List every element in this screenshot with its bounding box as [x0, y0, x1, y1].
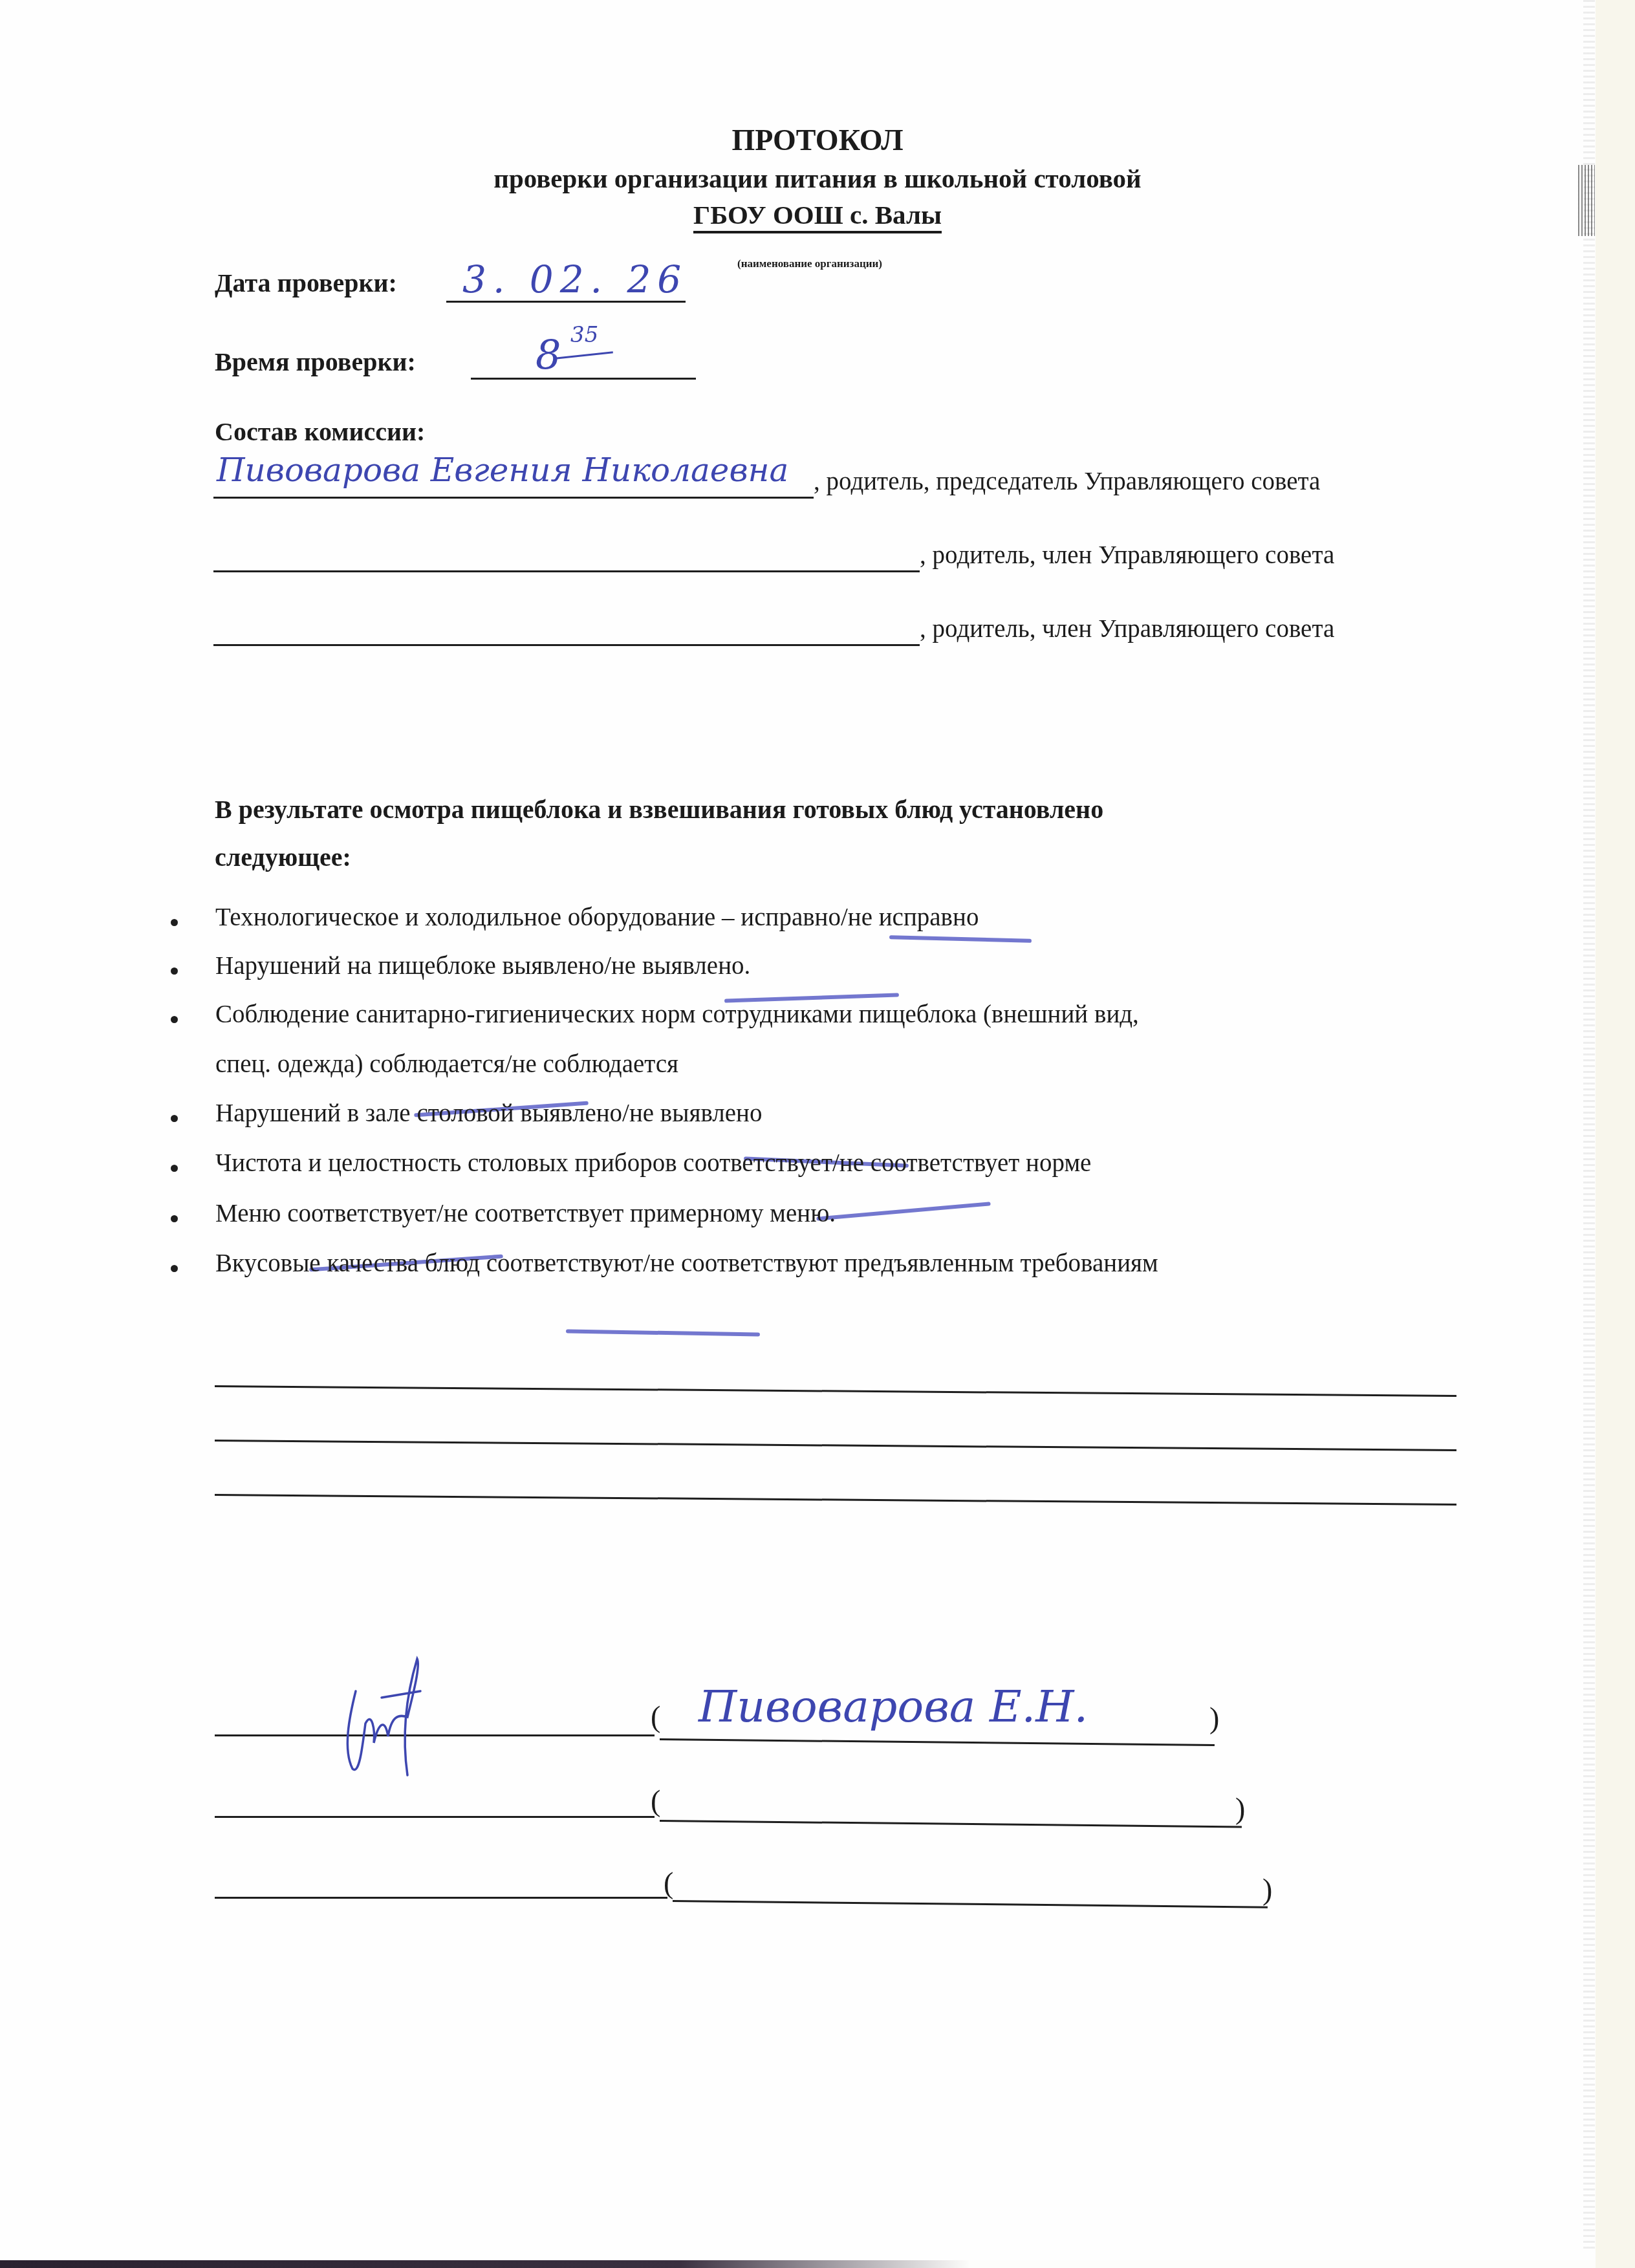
member-1-name-line	[213, 497, 814, 499]
organization-caption: (наименование организации)	[737, 257, 882, 270]
signature-2-line[interactable]	[215, 1816, 655, 1818]
document-page	[0, 0, 1596, 2260]
result-item-cutlery: Чистота и целостность столовых приборов …	[215, 1149, 1091, 1178]
signature-1-name[interactable]: Пивоварова Е.Н.	[698, 1681, 1088, 1733]
scan-edge-artifact	[1583, 0, 1595, 2251]
time-field-minutes[interactable]: 35	[570, 322, 598, 348]
bullet-icon	[171, 1215, 178, 1222]
signature-3-close-paren: )	[1262, 1872, 1272, 1906]
date-label: Дата проверки:	[215, 268, 397, 298]
document-subtitle: проверки организации питания в школьной …	[0, 163, 1635, 194]
result-item-kitchen-violations: Нарушений на пищеблоке выявлено/не выявл…	[215, 951, 750, 980]
document-title: ПРОТОКОЛ	[0, 123, 1635, 157]
bullet-icon	[171, 1115, 178, 1122]
signature-1-open-paren: (	[651, 1700, 660, 1734]
commission-label: Состав комиссии:	[215, 416, 425, 447]
signature-1-mark	[336, 1652, 440, 1782]
bullet-icon	[171, 1265, 178, 1272]
organization-name-text: ГБОУ ООШ с. Валы	[693, 200, 942, 233]
signature-3-open-paren: (	[664, 1866, 673, 1900]
results-intro-line1: В результате осмотра пищеблока и взвешив…	[215, 794, 1103, 825]
signature-2-close-paren: )	[1235, 1791, 1245, 1826]
bullet-icon	[171, 919, 178, 926]
result-item-sanitary: Соблюдение санитарно-гигиенических норм …	[215, 1000, 1139, 1029]
member-3-name-line[interactable]	[213, 644, 920, 646]
result-item-equipment: Технологическое и холодильное оборудован…	[215, 903, 979, 932]
signature-1-close-paren: )	[1209, 1701, 1219, 1735]
member-1-role: , родитель, председатель Управляющего со…	[814, 467, 1320, 496]
member-2-role: , родитель, член Управляющего совета	[920, 541, 1334, 570]
result-item-sanitary-cont: спец. одежда) соблюдается/не соблюдается	[215, 1050, 678, 1079]
time-field-line	[471, 378, 696, 380]
time-label: Время проверки:	[215, 347, 416, 377]
bullet-icon	[171, 1165, 178, 1172]
organization-name: ГБОУ ООШ с. Валы	[0, 199, 1635, 230]
result-item-taste: Вкусовые качества блюд соответствуют/не …	[215, 1249, 1158, 1278]
scan-bottom-edge	[0, 2260, 970, 2268]
time-field-hour[interactable]: 8	[536, 331, 561, 378]
date-field-value[interactable]: 3. 02. 26	[462, 257, 688, 301]
result-item-menu: Меню соответствует/не соответствует прим…	[215, 1199, 836, 1228]
member-2-name-line[interactable]	[213, 570, 920, 572]
member-1-name[interactable]: Пивоварова Евгения Николаевна	[217, 451, 788, 489]
result-item-hall-violations: Нарушений в зале столовой выявлено/не вы…	[215, 1099, 762, 1128]
results-intro-line2: следующее:	[215, 842, 351, 872]
signature-2-open-paren: (	[651, 1784, 660, 1818]
scanner-backing	[1596, 0, 1635, 2268]
signature-3-line[interactable]	[215, 1897, 667, 1899]
member-3-role: , родитель, член Управляющего совета	[920, 614, 1334, 643]
bullet-icon	[171, 1016, 178, 1023]
bullet-icon	[171, 967, 178, 975]
